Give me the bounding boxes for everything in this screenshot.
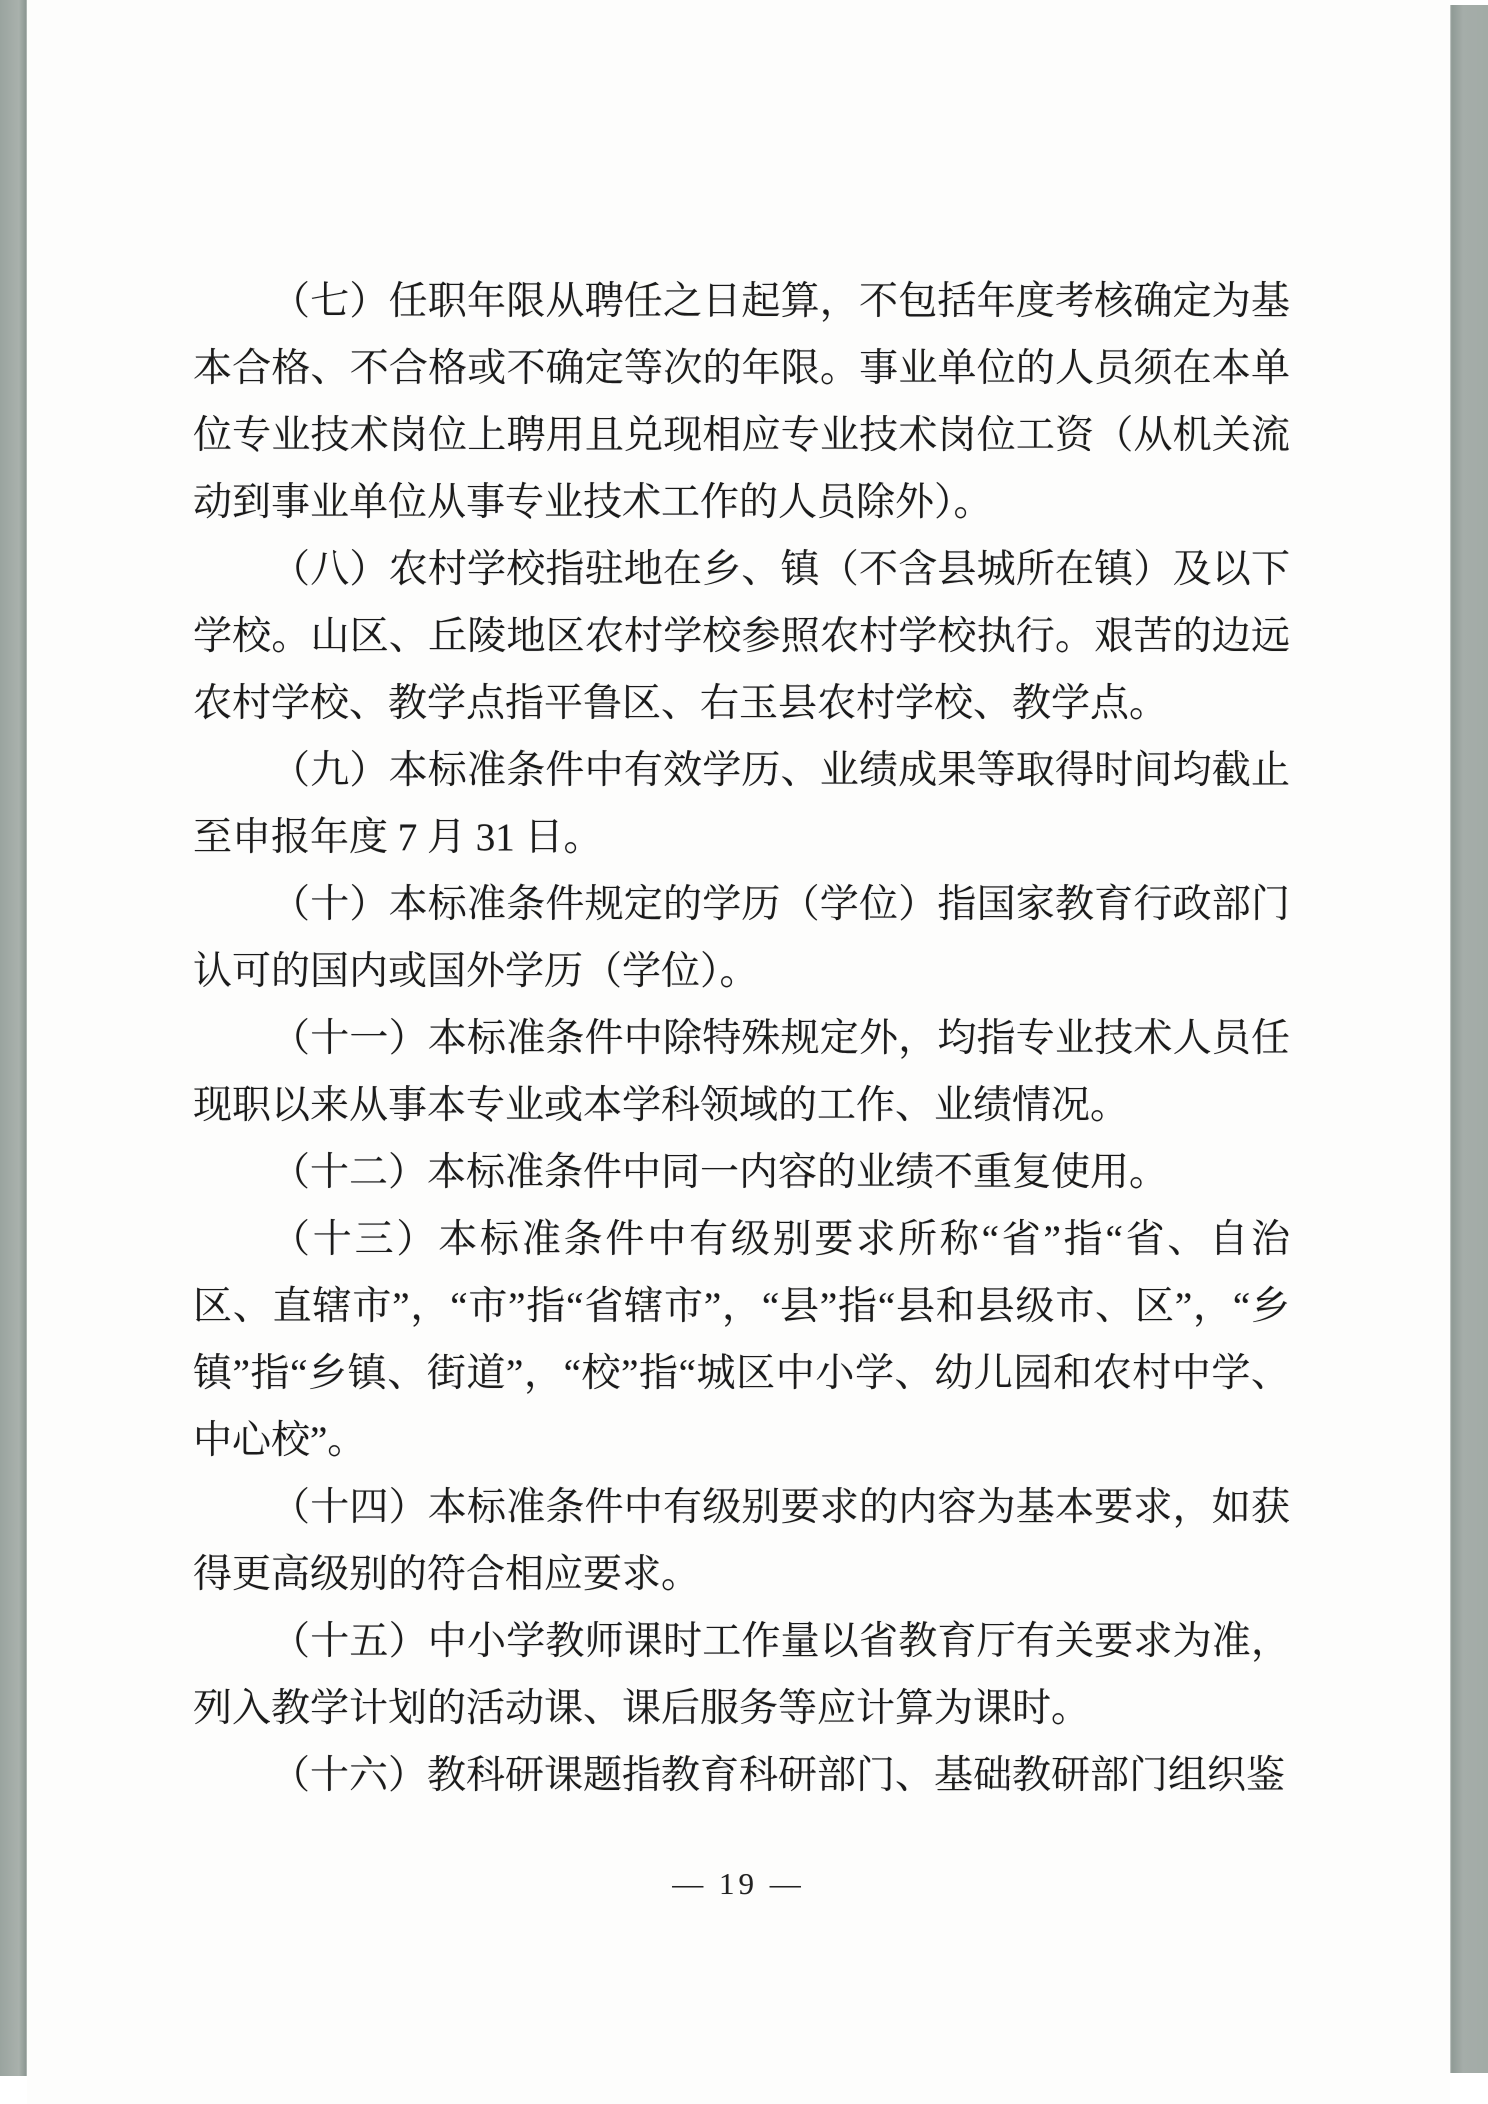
page-number: — 19 — (27, 1866, 1450, 1902)
paragraph-item-16: （十六）教科研课题指教育科研部门、基础教研部门组织鉴 (193, 1742, 1290, 1809)
paragraph-item-15: （十五）中小学教师课时工作量以省教育厅有关要求为准，列入教学计划的活动课、课后服… (193, 1608, 1290, 1742)
paragraph-item-11: （十一）本标准条件中除特殊规定外，均指专业技术人员任现职以来从事本专业或本学科领… (193, 1005, 1290, 1139)
scanned-document-screenshot: { "colors": { "paper": "#fdfdfc", "ink":… (0, 0, 1488, 2104)
document-body: （七）任职年限从聘任之日起算，不包括年度考核确定为基本合格、不合格或不确定等次的… (193, 268, 1290, 1809)
paragraph-item-12: （十二）本标准条件中同一内容的业绩不重复使用。 (193, 1139, 1290, 1206)
scan-edge-left (0, 0, 27, 2076)
paragraph-item-8: （八）农村学校指驻地在乡、镇（不含县城所在镇）及以下学校。山区、丘陵地区农村学校… (193, 536, 1290, 737)
paragraph-item-10: （十）本标准条件规定的学历（学位）指国家教育行政部门认可的国内或国外学历（学位）… (193, 871, 1290, 1005)
scan-edge-right (1450, 5, 1488, 2073)
document-page: （七）任职年限从聘任之日起算，不包括年度考核确定为基本合格、不合格或不确定等次的… (27, 0, 1450, 2104)
paragraph-item-7: （七）任职年限从聘任之日起算，不包括年度考核确定为基本合格、不合格或不确定等次的… (193, 268, 1290, 536)
paragraph-item-13: （十三）本标准条件中有级别要求所称“省”指“省、自治区、直辖市”，“市”指“省辖… (193, 1206, 1290, 1474)
paragraph-item-14: （十四）本标准条件中有级别要求的内容为基本要求，如获得更高级别的符合相应要求。 (193, 1474, 1290, 1608)
paragraph-item-9: （九）本标准条件中有效学历、业绩成果等取得时间均截止至申报年度 7 月 31 日… (193, 737, 1290, 871)
